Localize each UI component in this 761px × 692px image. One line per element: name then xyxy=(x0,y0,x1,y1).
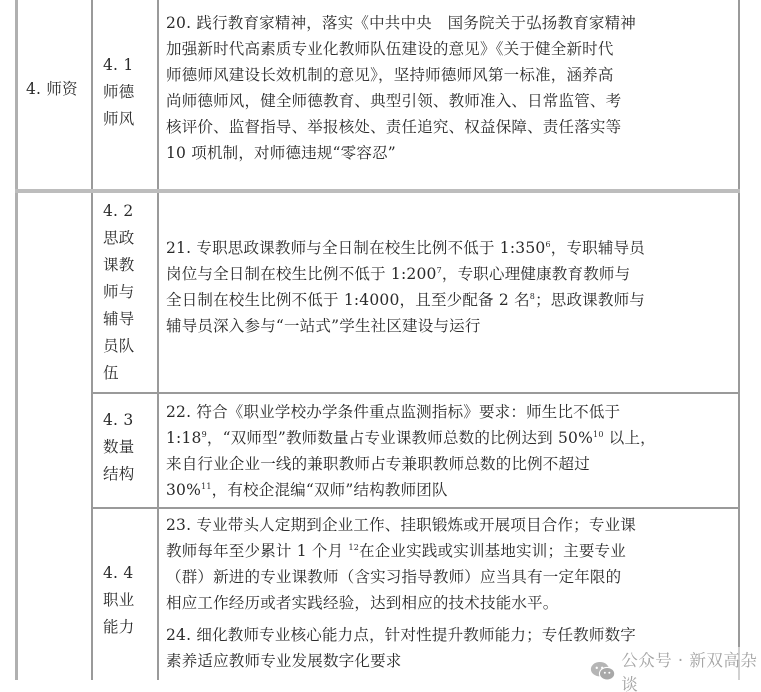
requirement-line: （群）新进的专业课教师（含实习指导教师）应当具有一定年限的 xyxy=(166,564,742,590)
category-cell: 4. 师资 xyxy=(26,76,78,102)
wechat-watermark: 公众号 · 新双高杂谈 xyxy=(588,647,761,692)
requirement-line: 来自行业企业一线的兼职教师占专兼职教师总数的比例不超过 xyxy=(166,451,742,477)
requirement-line: 30%11，有校企混编“双师”结构教师团队 xyxy=(166,477,742,503)
requirement-line: 全日制在校生比例不低于 1:4000，且至少配备 2 名8；思政课教师与 xyxy=(166,287,742,313)
footnote-marker: 10 xyxy=(593,430,604,439)
footnote-marker: 11 xyxy=(201,482,212,491)
subcategory-cell-4-2: 4. 2 思政 课教 师与 辅导 员队 伍 xyxy=(103,198,163,387)
requirement-line: 24. 细化教师专业核心能力点，针对性提升教师能力；专任教师数字 xyxy=(166,622,742,648)
subcategory-label-line: 课教 xyxy=(103,252,163,279)
footnote-marker: 12 xyxy=(348,543,359,552)
requirement-line: 23. 专业带头人定期到企业工作、挂职锻炼或开展项目合作；专业课 xyxy=(166,512,742,538)
requirement-line: 辅导员深入参与“一站式”学生社区建设与运行 xyxy=(166,313,742,339)
table-border-left xyxy=(15,0,18,680)
requirement-line: 核评价、监督指导、举报核处、责任追究、权益保障、责任落实等 xyxy=(166,114,742,140)
requirement-line: 教师每年至少累计 1 个月 12在企业实践或实训基地实训；主要专业 xyxy=(166,538,742,564)
subcategory-label-line: 能力 xyxy=(103,614,163,641)
requirement-line: 尚师德师风，健全师德教育、典型引领、教师准入、日常监管、考 xyxy=(166,88,742,114)
subcategory-cell-4-4: 4. 4 职业 能力 xyxy=(103,560,163,641)
row-divider-3 xyxy=(91,507,740,509)
subcategory-cell-4-1: 4. 1 师德 师风 xyxy=(103,52,163,133)
subcategory-label-line: 辅导 xyxy=(103,306,163,333)
subcategory-number: 4. 2 xyxy=(103,198,163,225)
requirement-line: 加强新时代高素质专业化教师队伍建设的意见》《关于健全新时代 xyxy=(166,36,742,62)
watermark-text: 公众号 · 新双高杂谈 xyxy=(621,647,759,692)
requirement-line: 相应工作经历或者实践经验，达到相应的技术技能水平。 xyxy=(166,590,742,616)
subcategory-label-line: 结构 xyxy=(103,461,163,488)
requirement-cell-20: 20. 践行教育家精神，落实《中共中央 国务院关于弘扬教育家精神 加强新时代高素… xyxy=(166,10,742,166)
subcategory-label-line: 师德 xyxy=(103,79,163,106)
requirement-cell-23: 23. 专业带头人定期到企业工作、挂职锻炼或开展项目合作；专业课 教师每年至少累… xyxy=(166,512,742,616)
category-label: 4. 师资 xyxy=(26,80,78,98)
subcategory-label-line: 伍 xyxy=(103,360,163,387)
wechat-icon xyxy=(590,660,615,682)
requirement-cell-21: 21. 专职思政课教师与全日制在校生比例不低于 1:3506，专职辅导员 岗位与… xyxy=(166,235,742,339)
requirement-line: 22. 符合《职业学校办学条件重点监测指标》要求：师生比不低于 xyxy=(166,399,742,425)
document-page: 4. 师资 4. 1 师德 师风 20. 践行教育家精神，落实《中共中央 国务院… xyxy=(0,0,761,692)
row-divider-2 xyxy=(91,392,740,394)
requirement-line: 10 项机制，对师德违规“零容忍” xyxy=(166,140,742,166)
table-divider-col1 xyxy=(91,0,93,680)
requirement-cell-22: 22. 符合《职业学校办学条件重点监测指标》要求：师生比不低于 1:189，“双… xyxy=(166,399,742,503)
subcategory-label-line: 师与 xyxy=(103,279,163,306)
subcategory-label-line: 师风 xyxy=(103,106,163,133)
requirement-line: 师德师风建设长效机制的意见》，坚持师德师风第一标准，涵养高 xyxy=(166,62,742,88)
requirement-line: 岗位与全日制在校生比例不低于 1:2007，专职心理健康教育教师与 xyxy=(166,261,742,287)
subcategory-number: 4. 1 xyxy=(103,52,163,79)
subcategory-label-line: 职业 xyxy=(103,587,163,614)
subcategory-label-line: 数量 xyxy=(103,434,163,461)
subcategory-number: 4. 3 xyxy=(103,407,163,434)
requirement-line: 20. 践行教育家精神，落实《中共中央 国务院关于弘扬教育家精神 xyxy=(166,10,742,36)
row-divider-1 xyxy=(15,189,740,193)
requirement-line: 21. 专职思政课教师与全日制在校生比例不低于 1:3506，专职辅导员 xyxy=(166,235,742,261)
subcategory-label-line: 思政 xyxy=(103,225,163,252)
requirement-line: 1:189，“双师型”教师数量占专业课教师总数的比例达到 50%10 以上， xyxy=(166,425,742,451)
subcategory-cell-4-3: 4. 3 数量 结构 xyxy=(103,407,163,488)
subcategory-label-line: 员队 xyxy=(103,333,163,360)
subcategory-number: 4. 4 xyxy=(103,560,163,587)
